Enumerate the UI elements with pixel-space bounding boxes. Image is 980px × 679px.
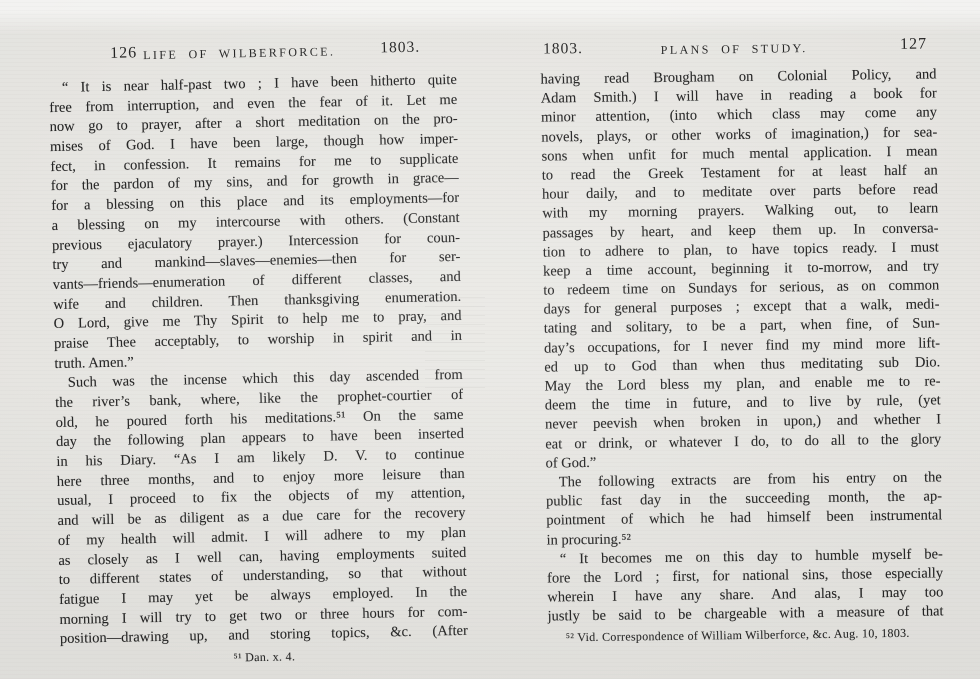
left-page-header: 126 LIFE OF WILBERFORCE. 1803.: [48, 38, 456, 68]
page-number: 126: [110, 44, 137, 63]
page-text: having read Brougham on Colonial Policy,…: [540, 65, 943, 627]
page-number: 127: [900, 36, 927, 54]
year-label: 1803.: [543, 40, 583, 59]
footnote: ⁵¹ Dan. x. 4.: [60, 646, 468, 669]
left-page: 126 LIFE OF WILBERFORCE. 1803. “ It is n…: [48, 38, 456, 46]
running-title: PLANS OF STUDY.: [661, 41, 808, 58]
footnote: ⁵² Vid. Correspondence of William Wilber…: [566, 626, 910, 645]
text-line: justly be said to be chargeable with a m…: [547, 603, 943, 627]
book-scan: { "colors": { "paper": "#e9e8e4", "ink":…: [0, 0, 980, 679]
right-page: 1803. PLANS OF STUDY. 127 having read Br…: [540, 35, 936, 40]
page-text: “ It is near half-past two ; I have been…: [49, 71, 468, 650]
running-title: LIFE OF WILBERFORCE.: [143, 44, 335, 63]
right-page-header: 1803. PLANS OF STUDY. 127: [540, 35, 936, 62]
year-label: 1803.: [380, 39, 420, 58]
